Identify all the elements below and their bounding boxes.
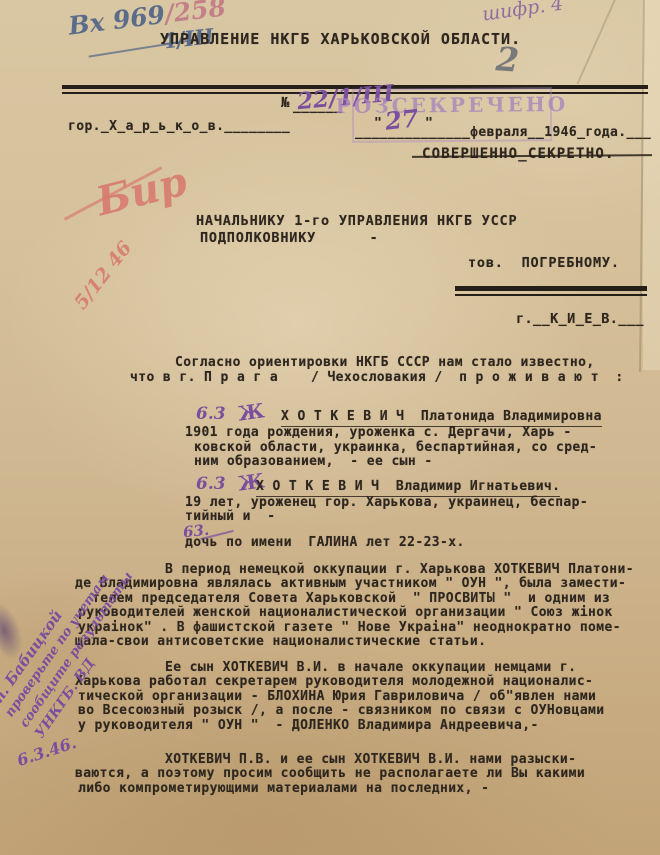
entry1-line3: ним образованием, - ее сын - [194, 455, 433, 470]
paragraph-son: Ее сын ХОТКЕВИЧ В.И. в начале оккупации … [75, 661, 650, 733]
paper-fold-highlight [643, 0, 660, 370]
para3-line2: Харькова работал секретарем руководителя… [75, 675, 650, 689]
check-mark-1: Ж [236, 398, 265, 425]
paragraph-request: ХОТКЕВИЧ П.В. и ее сын ХОТКЕВИЧ В.И. нам… [75, 753, 650, 796]
para3-line5: у руководителя " ОУН " - ДОЛЕНКО Владими… [78, 719, 650, 733]
intro-line2: что в г. П р а г а / Чехословакия / п р … [130, 371, 624, 386]
intro-line1: Согласно ориентировки НКГБ СССР нам стал… [175, 356, 595, 371]
para4-line3: либо компрометирующими материалами на по… [78, 782, 650, 796]
para3-line3: тической организации - БЛОХИНА Юрия Гавр… [78, 690, 650, 704]
declassified-stamp-text: РОЗСЕКРЕЧЕНО [336, 92, 569, 118]
org-header: УПРАВЛЕНИЕ НКГБ ХАРЬКОВСКОЙ ОБЛАСТИ. [160, 32, 521, 47]
city-line: гор._Х_а_р_ь_к_о_в.________ [68, 120, 290, 135]
red-pencil-initials: Бир [92, 158, 192, 226]
addressee-city: г.__К_И_Е_В.___ [516, 312, 644, 327]
ink-scribble-edge [0, 597, 29, 662]
para3-line4: во Всесоюзный розыск /, а после - связни… [78, 704, 650, 718]
entry3-line: дочь по имени ГАЛИНА лет 22-23-х. [185, 536, 465, 551]
paragraph-occupation: В период немецкой оккупации г. Харькова … [75, 563, 650, 649]
para2-line4: руководителей женской националистической… [78, 606, 650, 620]
date-line: ______________февраля__1946_года.___ [355, 126, 651, 141]
margin-mark-1: 6.3 [196, 404, 226, 424]
addressee-line1: НАЧАЛЬНИКУ 1-го УПРАВЛЕНИЯ НКГБ УССР [196, 214, 517, 229]
paper-crease [577, 0, 617, 84]
para4-line2: ваются, а поэтому просим сообщить не рас… [75, 767, 650, 781]
para2-line6: щала-свои антисоветские националистическ… [75, 635, 650, 649]
entry1-line1: 1901 года рождения, уроженка с. Дергачи,… [185, 426, 572, 441]
reg-number-part1: Вх 969 [67, 0, 167, 41]
para2-line2: де Владимировна являлась активным участн… [75, 577, 650, 591]
handwritten-note-top-right: шифр. 4 [481, 0, 565, 26]
red-pencil-date: 5/12 46 [70, 237, 136, 313]
margin-mark-2: 6.3 [196, 474, 226, 494]
addressee-rule-thick [455, 286, 647, 291]
para2-line5: украінок" . В фашистской газете " Нове У… [78, 621, 650, 635]
scanned-document-page: Вх 969/258 4/III шифр. 4 2 УПРАВЛЕНИЕ НК… [0, 0, 660, 855]
addressee-line2: ПОДПОЛКОВНИКУ - [200, 231, 379, 246]
addressee-name: тов. ПОГРЕБНОМУ. [468, 256, 620, 271]
addressee-rule-thin [455, 294, 647, 296]
no-label: № [281, 96, 290, 111]
